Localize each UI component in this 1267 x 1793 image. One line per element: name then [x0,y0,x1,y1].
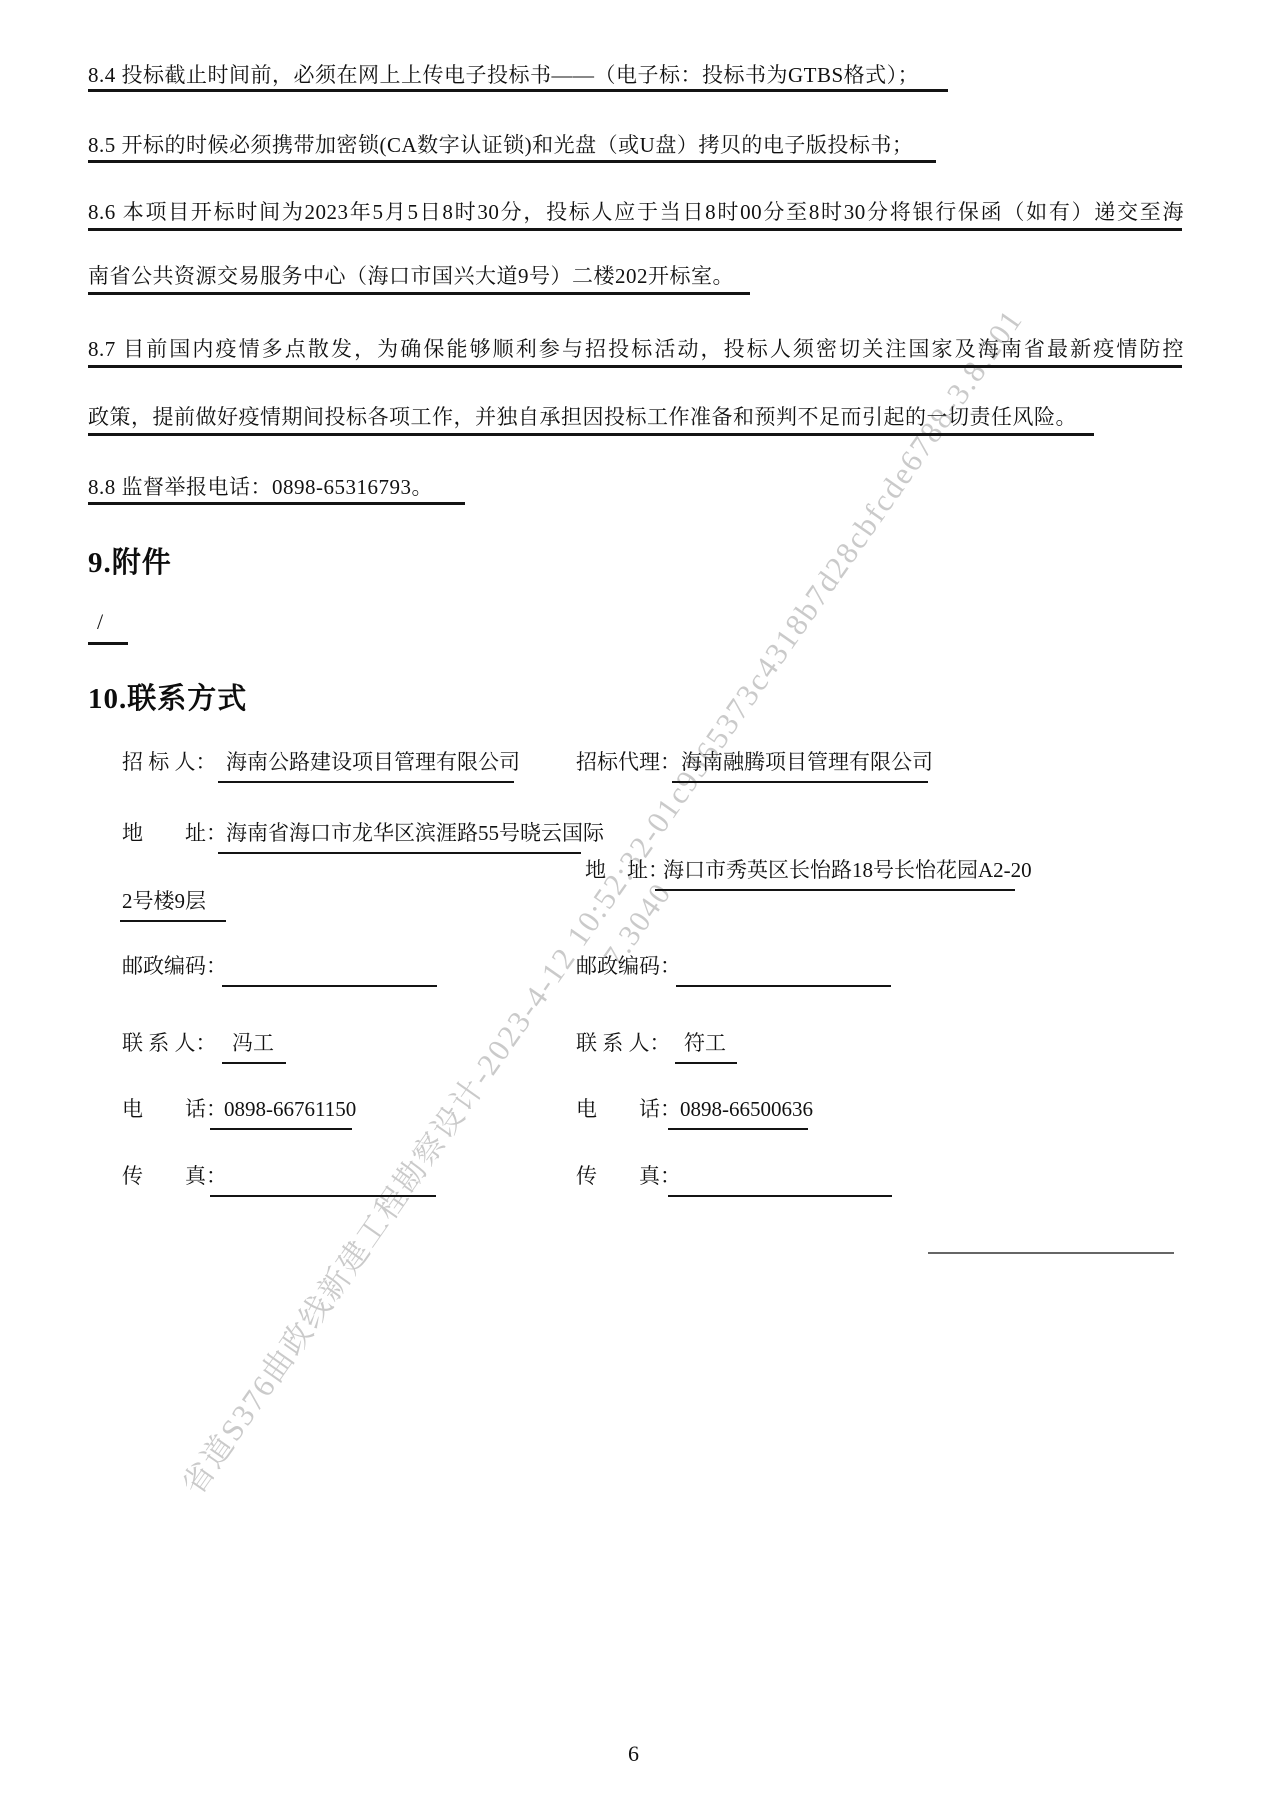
fax-right-label: 传 真： [576,1163,681,1190]
document-page: 省道S376曲政线新建工程勘察设计-2023-4-12 10:52:32-01c… [0,0,1267,1793]
fax-left-label: 传 真： [122,1163,227,1190]
address-left-label: 地 址： [122,820,227,847]
underline-rule [218,852,581,854]
person-left-label: 联 系 人： [122,1030,217,1057]
agent-value: 海南融腾项目管理有限公司 [681,749,933,776]
underline-rule [675,1062,737,1064]
page-number: 6 [0,1741,1267,1767]
underline-rule [655,889,1015,891]
tenderer-label: 招 标 人： [122,749,217,776]
section-10-title: 10.联系方式 [88,676,247,717]
clause-8-4: 8.4 投标截止时间前，必须在网上上传电子投标书——（电子标：投标书为GTBS格… [88,62,919,89]
clause-8-7-line2: 政策，提前做好疫情期间投标各项工作，并独自承担因投标工作准备和预判不足而引起的一… [88,404,1077,431]
blank-line [222,985,437,987]
clause-8-6-line2: 南省公共资源交易服务中心（海口市国兴大道9号）二楼202开标室。 [88,263,734,290]
phone-right-label: 电 话： [576,1096,681,1123]
underline-rule [88,642,128,645]
address-left-value: 海南省海口市龙华区滨涯路55号晓云国际 [226,820,604,847]
blank-line [668,1195,892,1197]
underline-rule [218,781,514,783]
phone-right-value: 0898-66500636 [680,1096,813,1123]
clause-8-8: 8.8 监督举报电话：0898-65316793。 [88,474,433,501]
underline-rule [88,160,936,163]
blank-line [210,1195,436,1197]
stray-line [928,1252,1174,1254]
clause-8-5: 8.5 开标的时候必须携带加密锁(CA数字认证锁)和光盘（或U盘）拷贝的电子版投… [88,132,913,159]
blank-line [676,985,891,987]
phone-left-label: 电 话： [122,1096,227,1123]
section-9-title: 9.附件 [88,540,172,581]
address-right-label: 地 址： [585,857,669,884]
underline-rule [668,1128,808,1130]
underline-rule [120,920,226,922]
underline-rule [88,433,1094,436]
clause-8-7-line1: 8.7 目前国内疫情多点散发，为确保能够顺利参与招投标活动，投标人须密切关注国家… [88,336,1184,363]
underline-rule [88,502,465,505]
address-left-value-line2: 2号楼9层 [122,888,206,915]
clause-8-6-line1: 8.6 本项目开标时间为2023年5月5日8时30分，投标人应于当日8时00分至… [88,199,1184,226]
tenderer-value: 海南公路建设项目管理有限公司 [226,749,520,776]
phone-left-value: 0898-66761150 [224,1096,356,1123]
zip-right-label: 邮政编码： [576,953,681,980]
section-9-content: / [97,608,104,635]
person-right-value: 符工 [684,1030,726,1057]
underline-rule [88,228,1182,231]
person-right-label: 联 系 人： [576,1030,671,1057]
underline-rule [88,89,948,92]
underline-rule [88,365,1182,368]
address-right-value: 海口市秀英区长怡路18号长怡花园A2-20 [663,857,1032,884]
zip-left-label: 邮政编码： [122,953,227,980]
person-left-value: 冯工 [232,1030,274,1057]
underline-rule [672,781,928,783]
agent-label: 招标代理： [576,749,681,776]
underline-rule [210,1128,352,1130]
underline-rule [222,1062,286,1064]
underline-rule [88,292,750,295]
